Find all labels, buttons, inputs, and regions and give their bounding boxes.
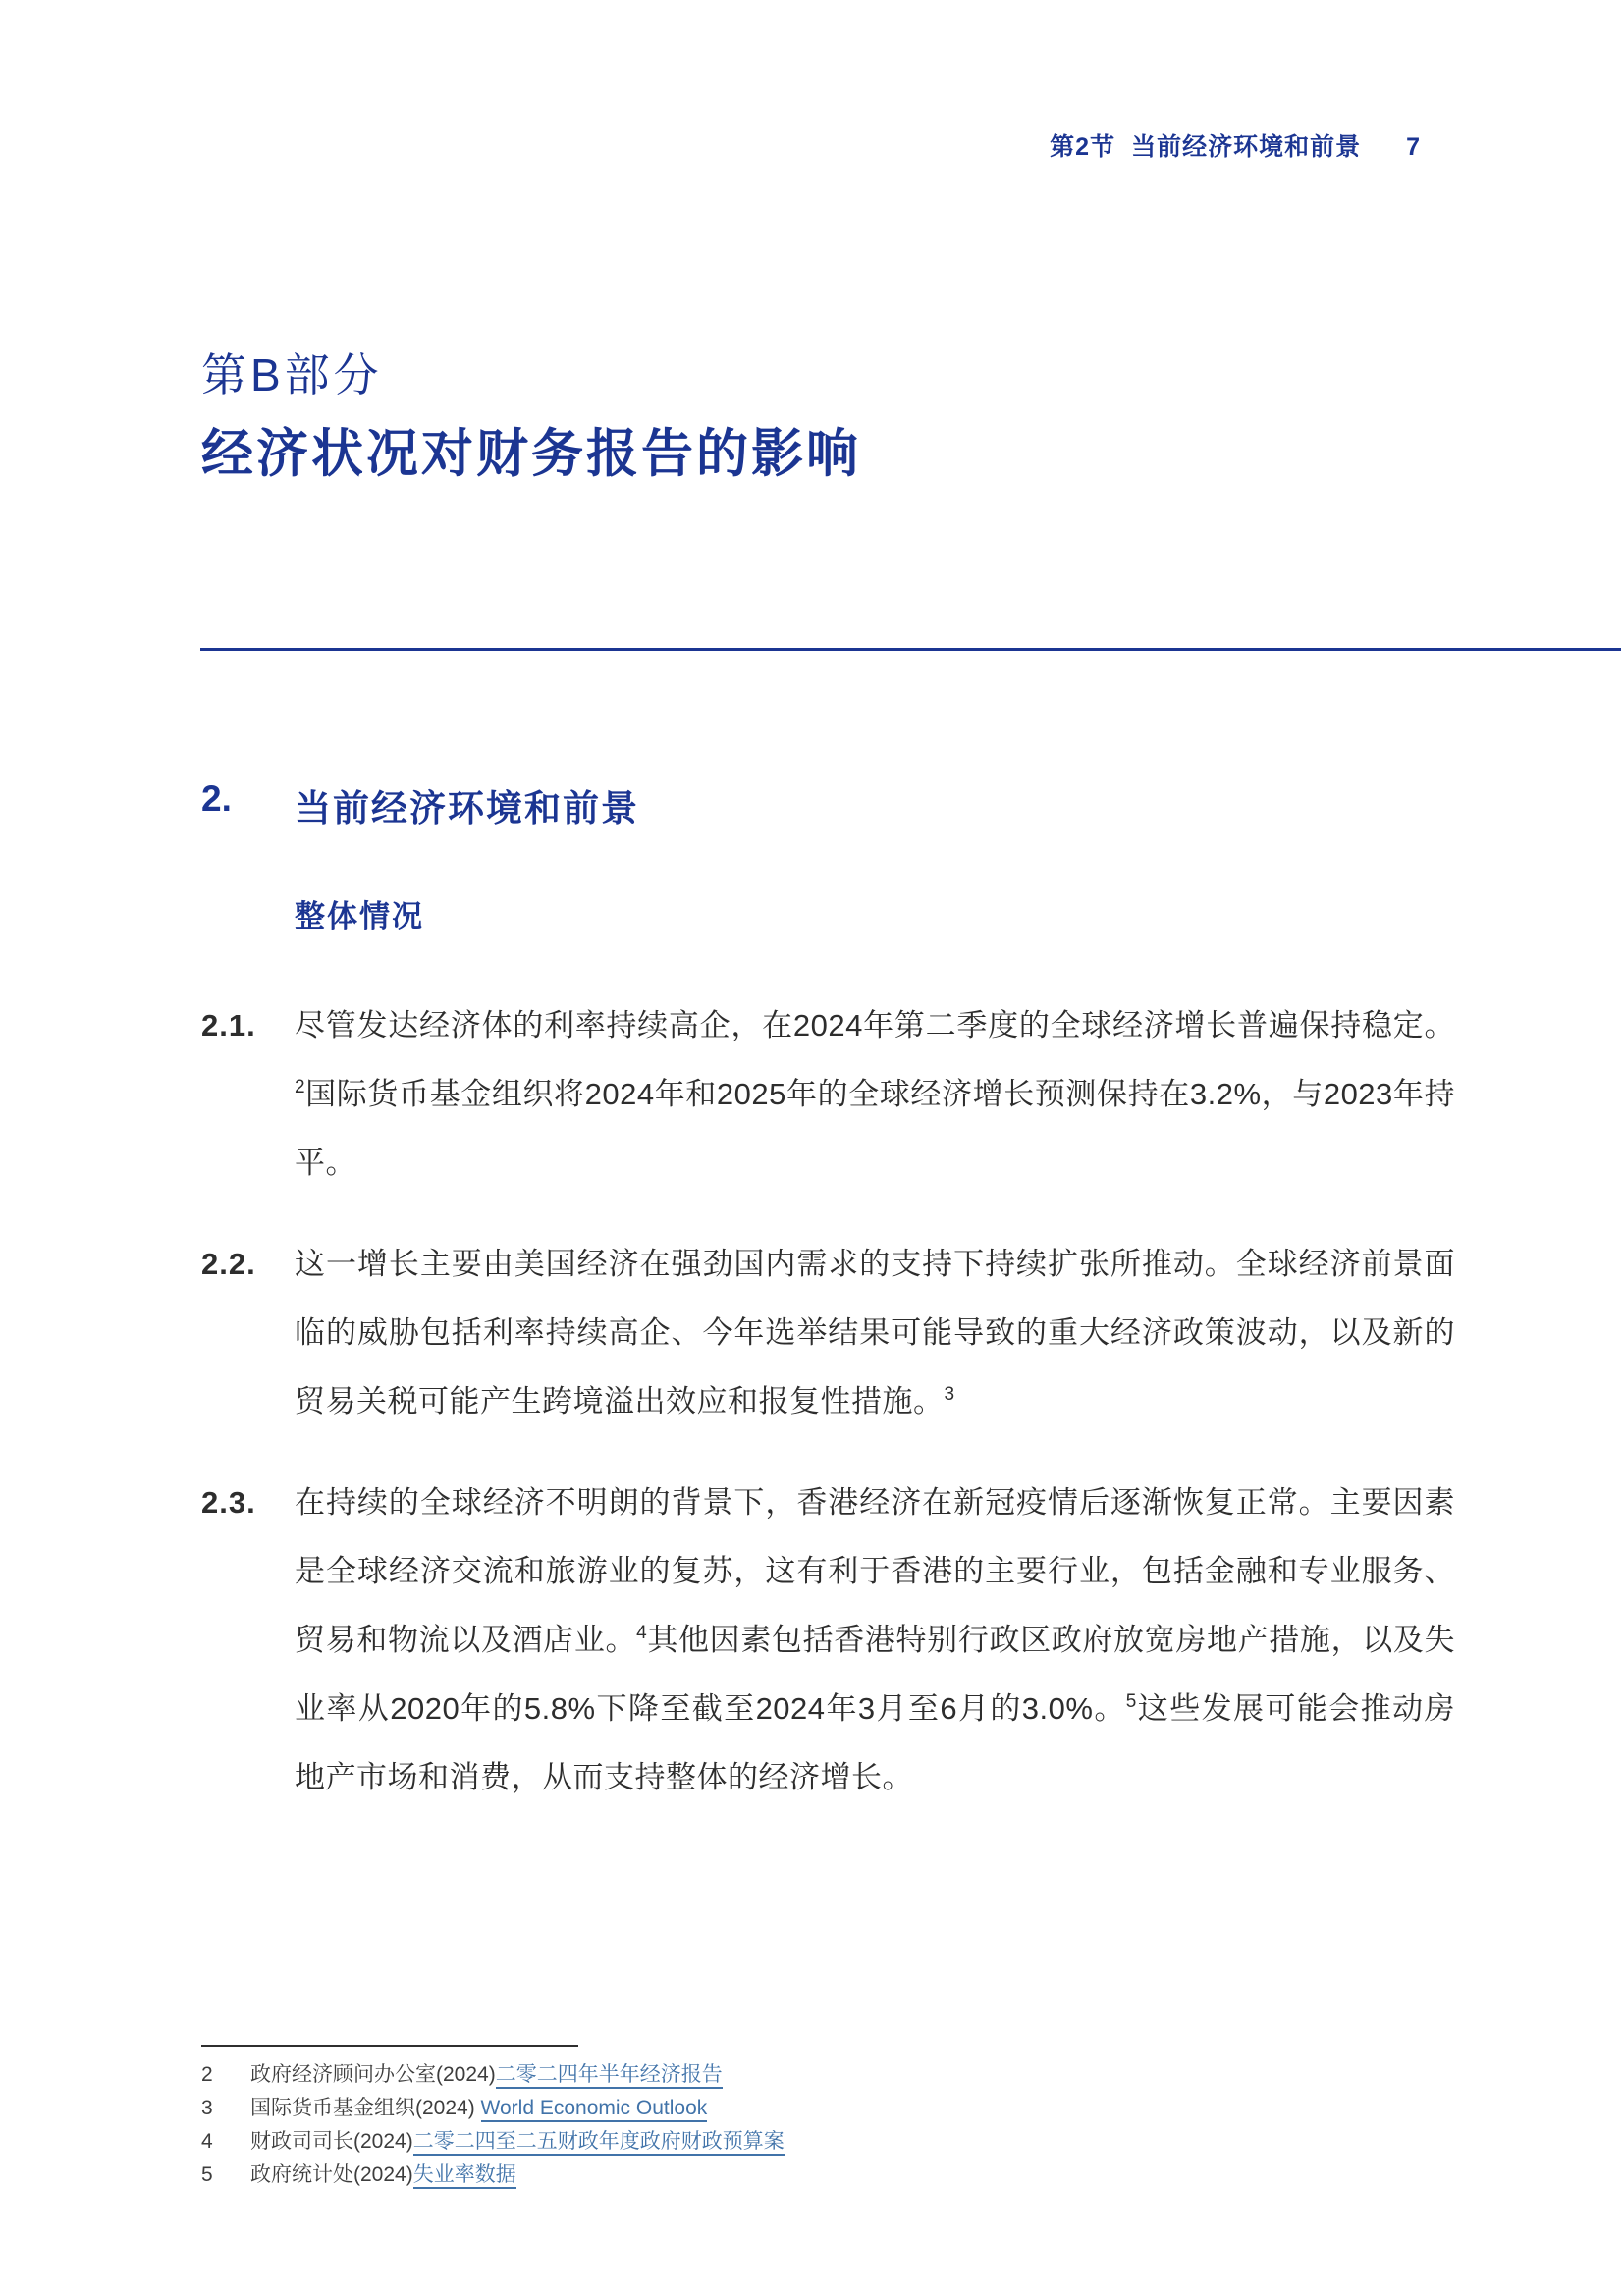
- paragraph-text: 这一增长主要由美国经济在强劲国内需求的支持下持续扩张所推动。全球经济前景面临的威…: [295, 1230, 1455, 1436]
- doc-title-main: 经济状况对财务报告的影响: [201, 412, 861, 487]
- section-heading: 2. 当前经济环境和前景: [201, 778, 1453, 831]
- footnote-row: 2政府经济顾问办公室(2024)二零二四年半年经济报告: [201, 2058, 1453, 2092]
- footnote-text: 政府经济顾问办公室(2024)二零二四年半年经济报告: [250, 2058, 723, 2092]
- footnote-text: 财政司司长(2024)二零二四至二五财政年度政府财政预算案: [250, 2125, 785, 2159]
- body-paragraphs: 2.1.尽管发达经济体的利率持续高企，在2024年第二季度的全球经济增长普遍保持…: [201, 991, 1455, 1844]
- footnote-rule: [201, 2045, 578, 2047]
- paragraph-text-segment: 国际货币基金组织将2024年和2025年的全球经济增长预测保持在3.2%，与20…: [295, 1077, 1455, 1180]
- footnote-link[interactable]: World Economic Outlook: [481, 2097, 708, 2122]
- footnote-row: 5政府统计处(2024)失业率数据: [201, 2159, 1453, 2192]
- footnote-reference: 2: [295, 1077, 305, 1097]
- paragraph: 2.1.尽管发达经济体的利率持续高企，在2024年第二季度的全球经济增长普遍保持…: [201, 991, 1455, 1198]
- doc-title-part: 第B部分: [201, 340, 383, 404]
- paragraph: 2.2.这一增长主要由美国经济在强劲国内需求的支持下持续扩张所推动。全球经济前景…: [201, 1230, 1455, 1436]
- paragraph-number: 2.3.: [201, 1468, 295, 1812]
- footnote-number: 3: [201, 2092, 250, 2125]
- footnote-link[interactable]: 失业率数据: [413, 2163, 516, 2189]
- footnote-number: 5: [201, 2159, 250, 2192]
- footnote-list: 2政府经济顾问办公室(2024)二零二四年半年经济报告3国际货币基金组织(202…: [201, 2058, 1453, 2192]
- footnote-text: 政府统计处(2024)失业率数据: [250, 2159, 516, 2192]
- footnote-reference: 4: [636, 1623, 647, 1643]
- paragraph-text: 尽管发达经济体的利率持续高企，在2024年第二季度的全球经济增长普遍保持稳定。2…: [295, 991, 1455, 1198]
- header-section-title: 当前经济环境和前景: [1131, 128, 1361, 163]
- paragraph-number: 2.1.: [201, 991, 295, 1198]
- footnote-row: 4财政司司长(2024)二零二四至二五财政年度政府财政预算案: [201, 2125, 1453, 2159]
- section-title: 当前经济环境和前景: [295, 778, 639, 831]
- subsection-heading: 整体情况: [295, 891, 424, 935]
- footnote-number: 4: [201, 2125, 250, 2159]
- footnote-row: 3国际货币基金组织(2024) World Economic Outlook: [201, 2092, 1453, 2125]
- footnote-source: 财政司司长(2024): [250, 2130, 413, 2153]
- footnote-reference: 5: [1126, 1691, 1137, 1712]
- footnote-source: 国际货币基金组织(2024): [250, 2097, 481, 2119]
- footnote-number: 2: [201, 2058, 250, 2092]
- paragraph-text: 在持续的全球经济不明朗的背景下，香港经济在新冠疫情后逐渐恢复正常。主要因素是全球…: [295, 1468, 1455, 1812]
- footnotes-section: 2政府经济顾问办公室(2024)二零二四年半年经济报告3国际货币基金组织(202…: [201, 2045, 1453, 2192]
- footnote-reference: 3: [945, 1384, 955, 1405]
- footnote-source: 政府统计处(2024): [250, 2163, 413, 2186]
- footnote-link[interactable]: 二零二四至二五财政年度政府财政预算案: [413, 2130, 785, 2156]
- paragraph-text-segment: 这一增长主要由美国经济在强劲国内需求的支持下持续扩张所推动。全球经济前景面临的威…: [295, 1247, 1455, 1418]
- running-header: 第2节 当前经济环境和前景 7: [1050, 128, 1421, 163]
- footnote-text: 国际货币基金组织(2024) World Economic Outlook: [250, 2092, 707, 2125]
- paragraph-number: 2.2.: [201, 1230, 295, 1436]
- section-divider-rule: [200, 648, 1621, 651]
- header-section-label: 第2节: [1050, 128, 1115, 163]
- section-number: 2.: [201, 778, 295, 831]
- footnote-link[interactable]: 二零二四年半年经济报告: [496, 2063, 723, 2089]
- paragraph-text-segment: 尽管发达经济体的利率持续高企，在2024年第二季度的全球经济增长普遍保持稳定。: [295, 1008, 1455, 1042]
- footnote-source: 政府经济顾问办公室(2024): [250, 2063, 496, 2086]
- paragraph: 2.3.在持续的全球经济不明朗的背景下，香港经济在新冠疫情后逐渐恢复正常。主要因…: [201, 1468, 1455, 1812]
- header-page-number: 7: [1406, 133, 1421, 162]
- document-page: 第2节 当前经济环境和前景 7 第B部分 经济状况对财务报告的影响 2. 当前经…: [0, 0, 1624, 2296]
